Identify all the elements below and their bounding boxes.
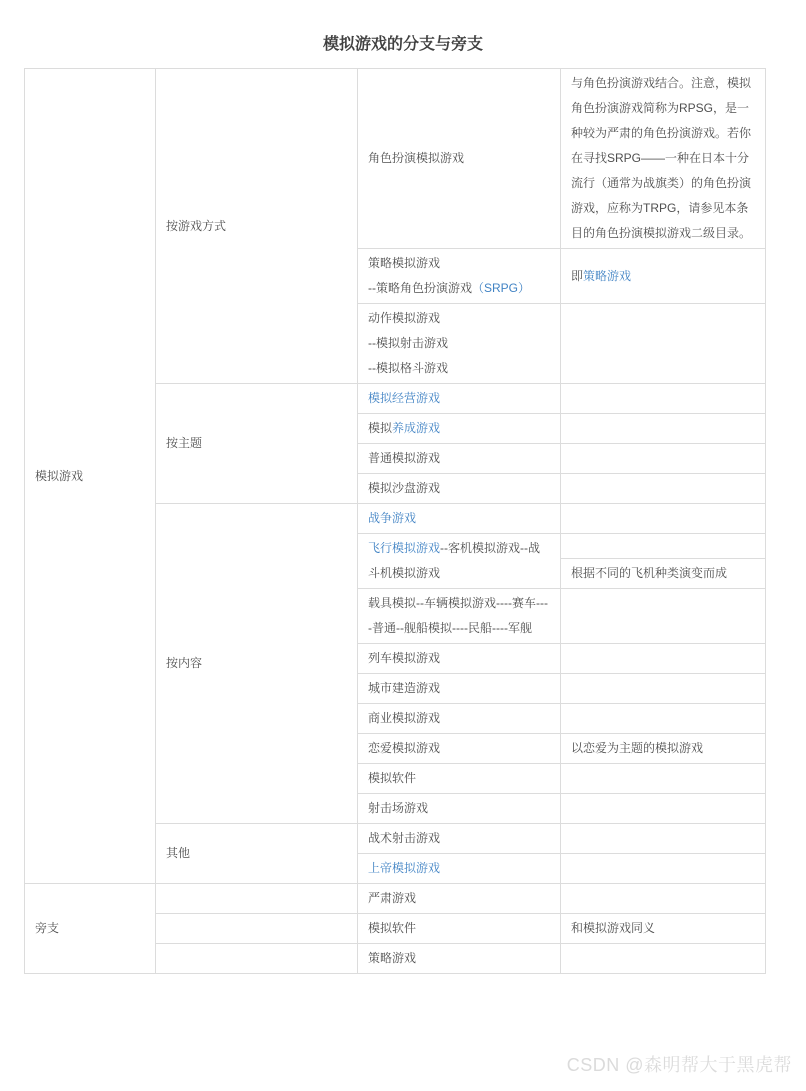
cell-genre-shooting-range: 射击场游戏: [358, 794, 561, 824]
text-line: 动作模拟游戏: [368, 306, 550, 331]
cell-empty: [561, 794, 766, 824]
cell-empty: [156, 944, 358, 974]
cell-empty: [561, 304, 766, 384]
cell-genre-sim-software-branch: 模拟软件: [358, 914, 561, 944]
article-page: 模拟游戏的分支与旁支 模拟游戏 按游戏方式 角色扮演模拟游戏 与角色扮演游戏结合…: [0, 34, 806, 974]
raising-sim-link[interactable]: 养成游戏: [392, 421, 440, 435]
cell-genre-war-game: 战争游戏: [358, 504, 561, 534]
cell-empty: [561, 534, 766, 559]
text-run: --策略角色扮演游戏: [368, 281, 472, 295]
cell-genre-serious-game: 严肃游戏: [358, 884, 561, 914]
cell-note-flight-sim: 根据不同的飞机种类演变而成: [561, 559, 766, 589]
cell-genre-sandbox-sim: 模拟沙盘游戏: [358, 474, 561, 504]
text-line: --策略角色扮演游戏（SRPG）: [368, 276, 550, 301]
flight-sim-link[interactable]: 飞行模拟游戏: [368, 541, 440, 555]
cell-genre-god-game: 上帝模拟游戏: [358, 854, 561, 884]
cell-note-dating-sim: 以恋爱为主题的模拟游戏: [561, 734, 766, 764]
cell-empty: [156, 914, 358, 944]
cell-empty: [561, 674, 766, 704]
table-row: 模拟游戏 按游戏方式 角色扮演模拟游戏 与角色扮演游戏结合。注意，模拟角色扮演游…: [25, 69, 766, 249]
cell-empty: [561, 824, 766, 854]
cell-group-by-theme: 按主题: [156, 384, 358, 504]
cell-empty: [561, 444, 766, 474]
text-line: --模拟格斗游戏: [368, 356, 550, 381]
cell-genre-dating-sim: 恋爱模拟游戏: [358, 734, 561, 764]
business-sim-link[interactable]: 模拟经营游戏: [368, 391, 440, 405]
war-game-link[interactable]: 战争游戏: [368, 511, 416, 525]
text-run: 策略模拟游戏: [368, 256, 440, 270]
cell-empty: [561, 504, 766, 534]
csdn-watermark: CSDN @森明帮大于黑虎帮: [567, 1051, 792, 1077]
cell-empty: [561, 764, 766, 794]
cell-genre-business-sim: 模拟经营游戏: [358, 384, 561, 414]
cell-note-sim-software-branch: 和模拟游戏同义: [561, 914, 766, 944]
cell-empty: [561, 704, 766, 734]
text-run: 即: [571, 269, 583, 283]
cell-genre-city-building: 城市建造游戏: [358, 674, 561, 704]
cell-genre-ordinary-sim: 普通模拟游戏: [358, 444, 561, 474]
cell-empty: [561, 384, 766, 414]
cell-empty: [156, 884, 358, 914]
cell-group-by-content: 按内容: [156, 504, 358, 824]
cell-note-strategy-sim: 即策略游戏: [561, 249, 766, 304]
cell-empty: [561, 414, 766, 444]
table-row: 旁支 严肃游戏: [25, 884, 766, 914]
simulation-games-table: 模拟游戏 按游戏方式 角色扮演模拟游戏 与角色扮演游戏结合。注意，模拟角色扮演游…: [24, 68, 766, 974]
text-line: --模拟射击游戏: [368, 331, 550, 356]
cell-genre-flight-sim: 飞行模拟游戏--客机模拟游戏--战斗机模拟游戏: [358, 534, 561, 589]
cell-empty: [561, 644, 766, 674]
cell-empty: [561, 944, 766, 974]
cell-genre-vehicle-sim: 载具模拟--车辆模拟游戏----赛车----普通--舰船模拟----民船----…: [358, 589, 561, 644]
cell-note-rpg-sim: 与角色扮演游戏结合。注意，模拟角色扮演游戏简称为RPSG，是一种较为严肃的角色扮…: [561, 69, 766, 249]
cell-genre-rpg-sim: 角色扮演模拟游戏: [358, 69, 561, 249]
cell-genre-sim-software: 模拟软件: [358, 764, 561, 794]
cell-genre-raising-sim: 模拟养成游戏: [358, 414, 561, 444]
cell-empty: [561, 589, 766, 644]
cell-group-by-gameplay: 按游戏方式: [156, 69, 358, 384]
cell-genre-strategy-branch: 策略游戏: [358, 944, 561, 974]
cell-genre-strategy-sim: 策略模拟游戏 --策略角色扮演游戏（SRPG）: [358, 249, 561, 304]
cell-empty: [561, 854, 766, 884]
cell-category-simulation-games: 模拟游戏: [25, 69, 156, 884]
cell-genre-tactical-shooter: 战术射击游戏: [358, 824, 561, 854]
cell-genre-commerce-sim: 商业模拟游戏: [358, 704, 561, 734]
cell-group-other: 其他: [156, 824, 358, 884]
strategy-game-link[interactable]: 策略游戏: [583, 269, 631, 283]
text-run: 模拟: [368, 421, 392, 435]
srpg-link[interactable]: （SRPG）: [472, 281, 530, 295]
cell-genre-train-sim: 列车模拟游戏: [358, 644, 561, 674]
page-title: 模拟游戏的分支与旁支: [0, 34, 806, 56]
cell-category-side-branch: 旁支: [25, 884, 156, 974]
cell-empty: [561, 884, 766, 914]
text-line: 策略模拟游戏: [368, 251, 550, 276]
cell-empty: [561, 474, 766, 504]
god-game-link[interactable]: 上帝模拟游戏: [368, 861, 440, 875]
cell-genre-action-sim: 动作模拟游戏 --模拟射击游戏 --模拟格斗游戏: [358, 304, 561, 384]
